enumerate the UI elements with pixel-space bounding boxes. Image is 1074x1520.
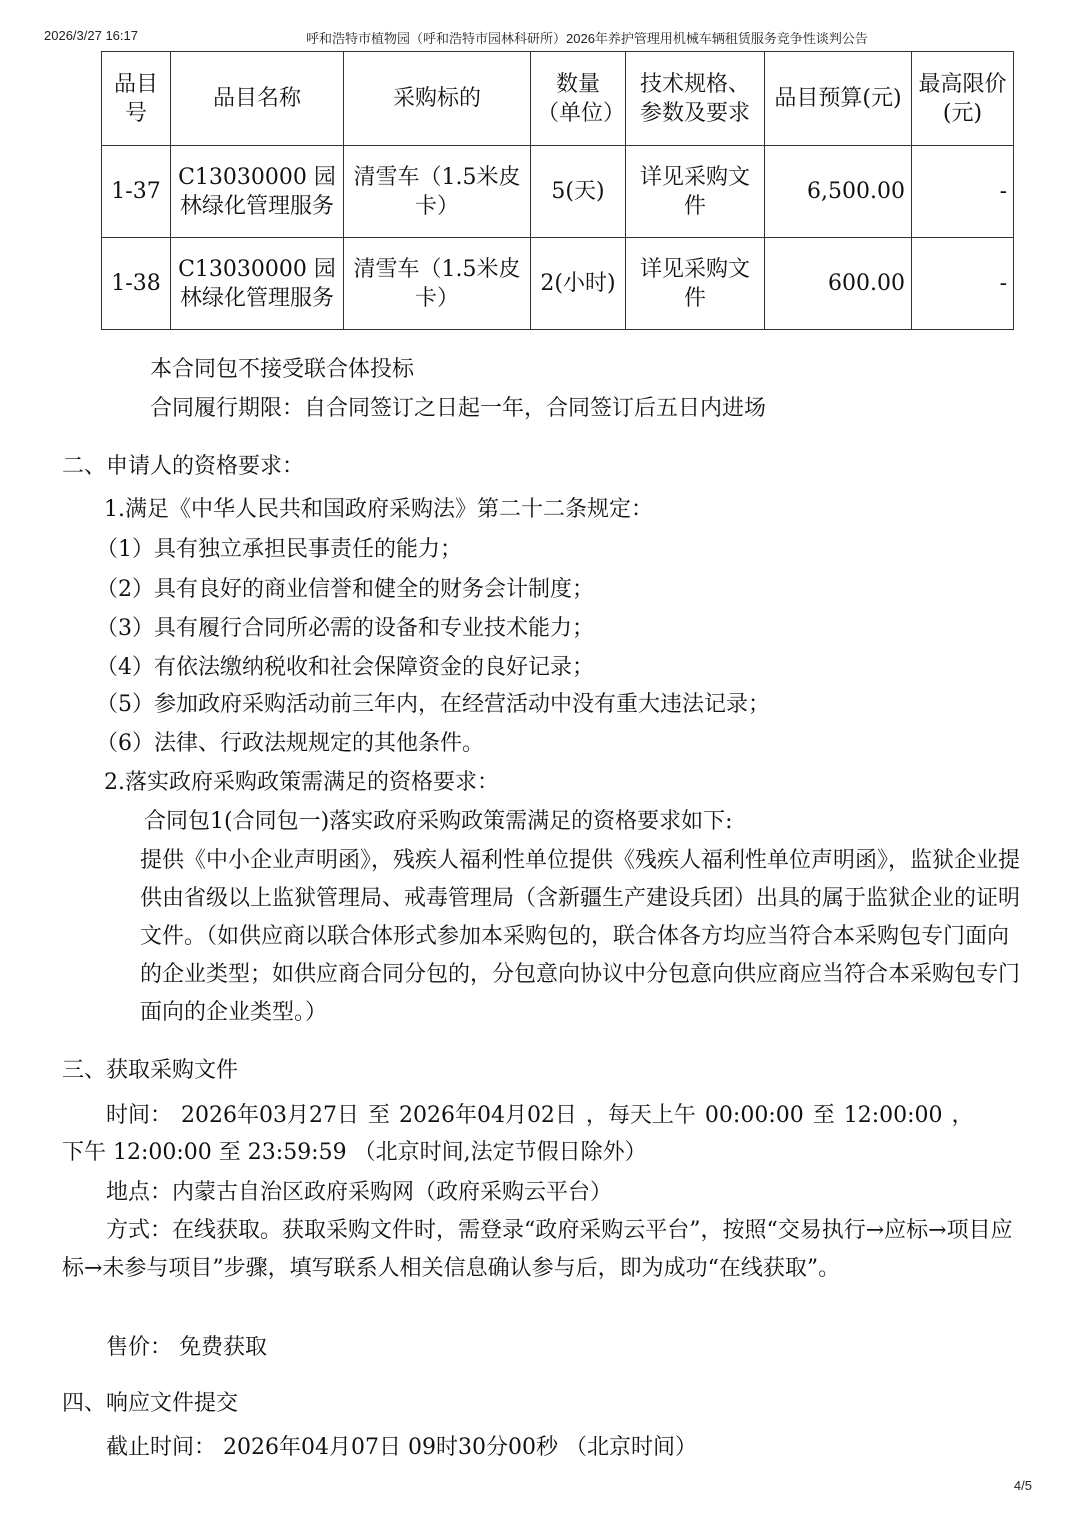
col-header-item-name: 品目名称 — [171, 52, 344, 146]
cell-budget: 600.00 — [765, 238, 912, 330]
acquisition-price: 售价： 免费获取 — [106, 1333, 267, 1363]
col-header-spec: 技术规格、参数及要求 — [626, 52, 765, 146]
section-4-heading: 四、响应文件提交 — [62, 1389, 238, 1419]
acquisition-place: 地点：内蒙古自治区政府采购网（政府采购云平台） — [106, 1178, 612, 1208]
policy-requirements-text: 提供《中小企业声明函》，残疾人福利性单位提供《残疾人福利性单位声明函》，监狱企业… — [140, 842, 1020, 1032]
col-header-max-price: 最高限价(元) — [912, 52, 1014, 146]
acquisition-method: 方式：在线获取。获取采购文件时，需登录“政府采购云平台”，按照“交易执行→应标→… — [62, 1212, 1022, 1288]
submission-deadline: 截止时间： 2026年04月07日 09时30分00秒 （北京时间） — [106, 1433, 697, 1463]
condition-2: （2）具有良好的商业信誉和健全的财务会计制度； — [96, 575, 594, 605]
condition-6: （6）法律、行政法规规定的其他条件。 — [96, 729, 484, 759]
items-table: 品目号 品目名称 采购标的 数量（单位） 技术规格、参数及要求 品目预算(元) … — [101, 51, 1014, 330]
cell-spec: 详见采购文件 — [626, 146, 765, 238]
no-consortium-note: 本合同包不接受联合体投标 — [150, 355, 414, 385]
cell-max-price: - — [912, 146, 1014, 238]
cell-quantity: 5(天) — [531, 146, 626, 238]
cell-budget: 6,500.00 — [765, 146, 912, 238]
print-datetime: 2026/3/27 16:17 — [44, 28, 138, 43]
table-row: 1-38 C13030000 园林绿化管理服务 清雪车（1.5米皮卡） 2(小时… — [102, 238, 1014, 330]
acquisition-time-line-2: 下午 12:00:00 至 23:59:59 （北京时间,法定节假日除外） — [62, 1138, 647, 1168]
cell-spec: 详见采购文件 — [626, 238, 765, 330]
cell-max-price: - — [912, 238, 1014, 330]
table-row: 1-37 C13030000 园林绿化管理服务 清雪车（1.5米皮卡） 5(天)… — [102, 146, 1014, 238]
cell-quantity: 2(小时) — [531, 238, 626, 330]
section-3-heading: 三、获取采购文件 — [62, 1056, 238, 1086]
section-2-heading: 二、申请人的资格要求： — [62, 452, 304, 482]
cell-item-no: 1-38 — [102, 238, 171, 330]
cell-target: 清雪车（1.5米皮卡） — [344, 146, 531, 238]
col-header-item-no: 品目号 — [102, 52, 171, 146]
col-header-quantity: 数量（单位） — [531, 52, 626, 146]
condition-5: （5）参加政府采购活动前三年内，在经营活动中没有重大违法记录； — [96, 690, 770, 720]
acquisition-time-line-1: 时间： 2026年03月27日 至 2026年04月02日 ，每天上午 00:0… — [106, 1101, 974, 1131]
condition-4: （4）有依法缴纳税收和社会保障资金的良好记录； — [96, 653, 594, 683]
document-title: 呼和浩特市植物园（呼和浩特市园林科研所）2026年养护管理用机械车辆租赁服务竞争… — [306, 28, 868, 47]
condition-1: （1）具有独立承担民事责任的能力； — [96, 535, 462, 565]
contract-term-note: 合同履行期限：自合同签订之日起一年，合同签订后五日内进场 — [150, 394, 766, 424]
cell-target: 清雪车（1.5米皮卡） — [344, 238, 531, 330]
package-policy-line: 合同包1(合同包一)落实政府采购政策需满足的资格要求如下: — [144, 807, 733, 837]
page-number: 4/5 — [1014, 1478, 1032, 1493]
cell-item-no: 1-37 — [102, 146, 171, 238]
col-header-target: 采购标的 — [344, 52, 531, 146]
requirement-2: 2.落实政府采购政策需满足的资格要求： — [104, 768, 499, 798]
col-header-budget: 品目预算(元) — [765, 52, 912, 146]
requirement-1: 1.满足《中华人民共和国政府采购法》第二十二条规定： — [104, 495, 653, 525]
cell-item-name: C13030000 园林绿化管理服务 — [171, 238, 344, 330]
cell-item-name: C13030000 园林绿化管理服务 — [171, 146, 344, 238]
table-header-row: 品目号 品目名称 采购标的 数量（单位） 技术规格、参数及要求 品目预算(元) … — [102, 52, 1014, 146]
condition-3: （3）具有履行合同所必需的设备和专业技术能力； — [96, 614, 594, 644]
